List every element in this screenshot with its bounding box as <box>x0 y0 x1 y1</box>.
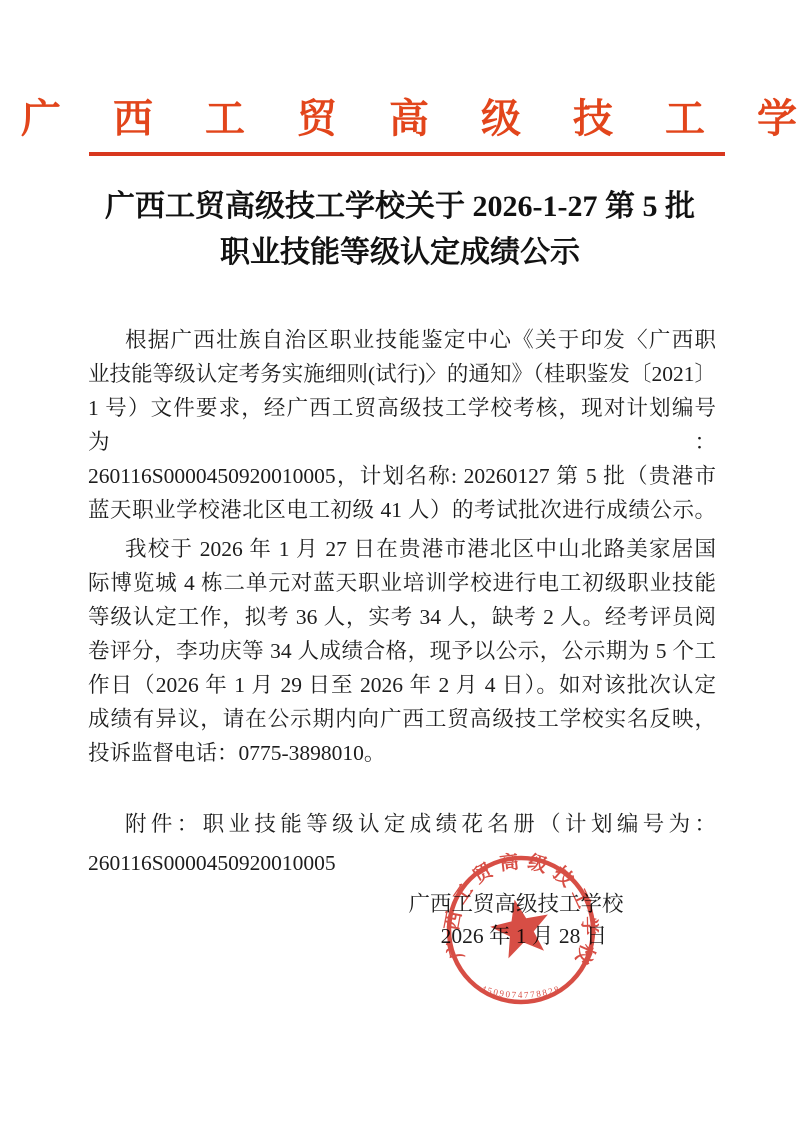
paragraph-2-line: 际博览城 4 栋二单元对蓝天职业培训学校进行电工初级职业技能 <box>88 566 716 600</box>
attachment-note: 附件：职业技能等级认定成绩花名册（计划编号为： 260116S000045092… <box>88 805 716 883</box>
paragraph-2-line: 我校于 2026 年 1 月 27 日在贵港市港北区中山北路美家居国 <box>88 532 716 566</box>
paragraph-2-line: 作日（2026 年 1 月 29 日至 2026 年 2 月 4 日）。如对该批… <box>88 668 716 702</box>
paragraph-2-line: 成绩有异议，请在公示期内向广西工贸高级技工学校实名反映， <box>88 702 716 736</box>
attachment-line-1: 附件：职业技能等级认定成绩花名册（计划编号为： <box>88 805 716 844</box>
title-line-2: 职业技能等级认定成绩公示 <box>0 230 800 276</box>
paragraph-1-line: 1 号）文件要求，经广西工贸高级技工学校考核，现对计划编号为： <box>88 391 716 459</box>
signature-organization: 广西工贸高级技工学校 <box>400 888 632 920</box>
paragraph-1-line: 业技能等级认定考务实施细则(试行)〉的通知》（桂职鉴发〔2021〕 <box>88 357 716 391</box>
attachment-line-2: 260116S0000450920010005 <box>88 844 716 883</box>
document-page: 广 西 工 贸 高 级 技 工 学 校 广西工贸高级技工学校关于 2026-1-… <box>0 0 800 1132</box>
paragraph-1-line: 蓝天职业学校港北区电工初级 41 人）的考试批次进行成绩公示。 <box>88 493 716 527</box>
paragraph-2-line: 投诉监督电话：0775-3898010。 <box>88 736 716 770</box>
notice-body: 根据广西壮族自治区职业技能鉴定中心《关于印发〈广西职 业技能等级认定考务实施细则… <box>88 323 716 883</box>
paragraph-2-line: 等级认定工作，拟考 36 人，实考 34 人，缺考 2 人。经考评员阅 <box>88 600 716 634</box>
signature-date: 2026 年 1 月 28 日 <box>400 920 632 952</box>
title-line-1: 广西工贸高级技工学校关于 2026-1-27 第 5 批 <box>0 184 800 230</box>
letterhead-divider-rule <box>89 152 725 156</box>
signature-block: 广西工贸高级技工学校 2026 年 1 月 28 日 <box>400 888 632 952</box>
document-title: 广西工贸高级技工学校关于 2026-1-27 第 5 批 职业技能等级认定成绩公… <box>0 184 800 276</box>
paragraph-1-line: 260116S0000450920010005，计划名称: 20260127 第… <box>88 459 716 493</box>
paragraph-1: 根据广西壮族自治区职业技能鉴定中心《关于印发〈广西职 业技能等级认定考务实施细则… <box>88 323 716 527</box>
paragraph-1-line: 根据广西壮族自治区职业技能鉴定中心《关于印发〈广西职 <box>88 323 716 357</box>
svg-text:4509074778828: 4509074778828 <box>480 983 562 1000</box>
paragraph-2-line: 卷评分，李功庆等 34 人成绩合格，现予以公示，公示期为 5 个工 <box>88 634 716 668</box>
seal-serial-number: 4509074778828 <box>480 983 562 1000</box>
paragraph-2: 我校于 2026 年 1 月 27 日在贵港市港北区中山北路美家居国 际博览城 … <box>88 532 716 770</box>
letterhead-school-name: 广 西 工 贸 高 级 技 工 学 校 <box>0 97 800 141</box>
